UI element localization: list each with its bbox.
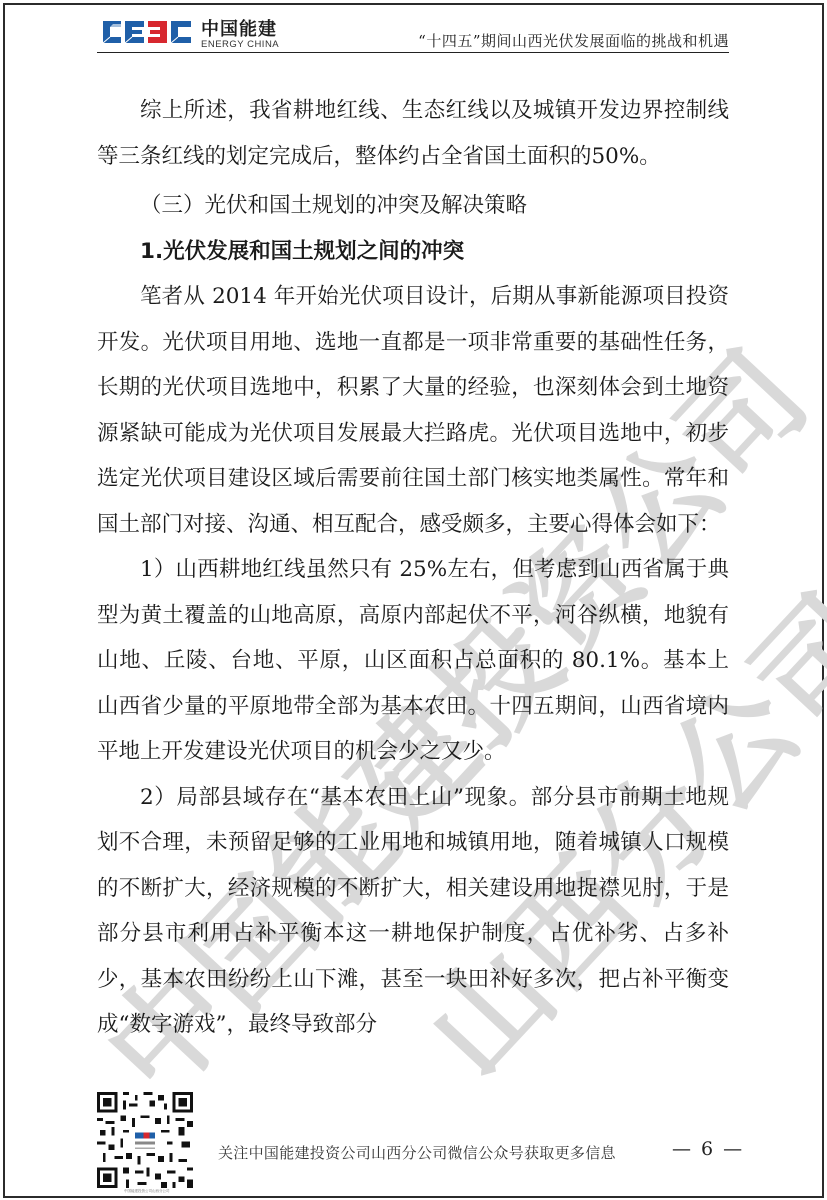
document-body: 综上所述，我省耕地红线、生态红线以及城镇开发边界控制线等三条红线的划定完成后，整…: [97, 88, 729, 1048]
page-header: 中国能建 ENERGY CHINA “十四五”期间山西光伏发展面临的挑战和机遇: [97, 12, 729, 53]
paragraph-point-2: 2）局部县域存在“基本农田上山”现象。部分县市前期土地规划不合理，未预留足够的工…: [97, 775, 729, 1048]
paragraph-summary: 综上所述，我省耕地红线、生态红线以及城镇开发边界控制线等三条红线的划定完成后，整…: [97, 88, 729, 179]
qr-caption: 中国能建投资公司山西分公司: [124, 1189, 170, 1194]
ceec-logo-icon: [101, 17, 193, 47]
logo-english-name: ENERGY CHINA: [201, 39, 279, 50]
document-title: “十四五”期间山西光伏发展面临的挑战和机遇: [418, 30, 729, 51]
page-number: — 6 —: [672, 1138, 744, 1160]
paragraph-point-1: 1）山西耕地红线虽然只有 25%左右，但考虑到山西省属于典型为黄土覆盖的山地高原…: [97, 547, 729, 775]
subsection-heading: 1.光伏发展和国土规划之间的冲突: [97, 229, 729, 275]
section-heading: （三）光伏和国土规划的冲突及解决策略: [97, 183, 729, 229]
paragraph-experience: 笔者从 2014 年开始光伏项目设计，后期从事新能源项目投资开发。光伏项目用地、…: [97, 274, 729, 547]
qr-code-icon[interactable]: [97, 1092, 193, 1188]
logo-chinese-name: 中国能建: [201, 15, 277, 41]
footer-note: 关注中国能建投资公司山西分公司微信公众号获取更多信息: [218, 1142, 616, 1163]
